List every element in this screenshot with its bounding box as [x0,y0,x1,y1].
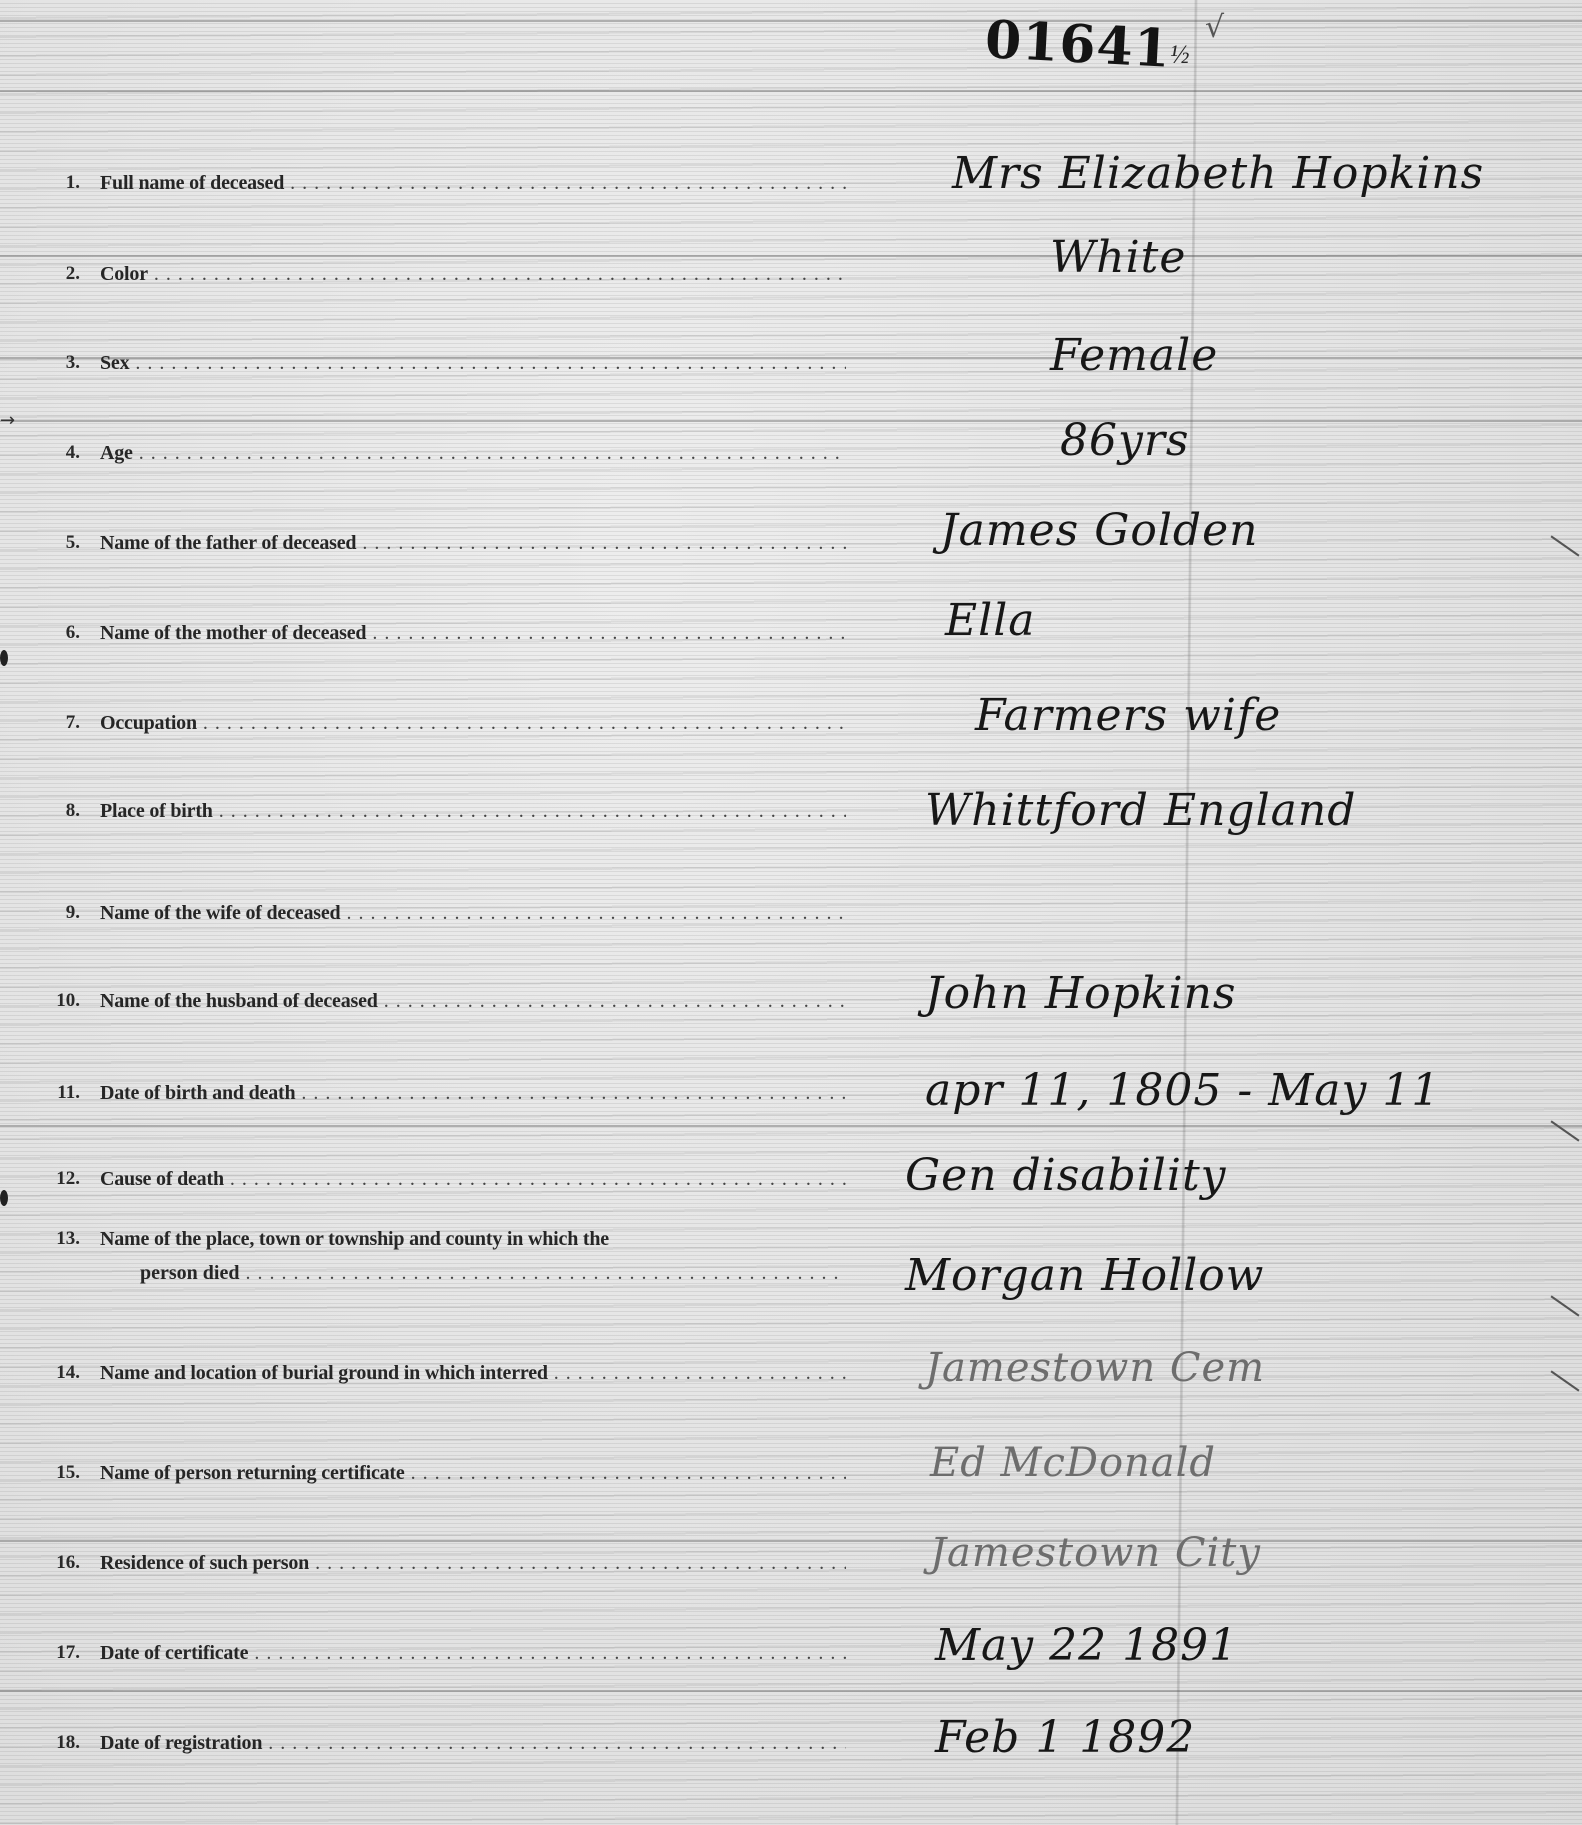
field-number: 10. [40,990,80,1012]
field-label: Age [100,442,846,465]
field-label: Date of registration [100,1732,846,1755]
field-value-birth-death-dates: apr 11, 1805 - May 11 [925,1065,1440,1116]
field-label: Residence of such person [100,1552,846,1575]
field-color: 2. Color [0,263,1582,303]
field-label: Name of person returning certificate [100,1462,846,1485]
field-value-returner-residence: Jamestown City [930,1530,1261,1576]
field-value-father-name: James Golden [940,505,1258,556]
field-number: 1. [40,172,80,194]
serial-number-stamp: 01641 [984,9,1173,80]
field-number: 7. [40,712,80,734]
field-number: 11. [40,1082,80,1104]
field-label: Place of birth [100,800,846,823]
field-cause-of-death: 12. Cause of death [0,1168,1582,1208]
field-number: 6. [40,622,80,644]
field-number: 3. [40,352,80,374]
field-registration-date: 18. Date of registration [0,1732,1582,1772]
field-father-name: 5. Name of the father of deceased [0,532,1582,572]
field-label: Occupation [100,712,846,735]
field-value-sex: Female [1050,330,1218,381]
field-label: Date of certificate [100,1642,846,1665]
field-number: 13. [40,1228,80,1250]
field-returner-residence: 16. Residence of such person [0,1552,1582,1592]
field-number: 12. [40,1168,80,1190]
field-label: Full name of deceased [100,172,846,195]
field-label: Name and location of burial ground in wh… [100,1362,846,1385]
ruled-line [0,1125,1582,1127]
field-value-place-of-death: Morgan Hollow [905,1250,1264,1301]
ruled-line [0,255,1582,257]
field-value-color: White [1050,232,1186,283]
field-wife-name: 9. Name of the wife of deceased [0,902,1582,942]
field-number: 8. [40,800,80,822]
field-value-occupation: Farmers wife [975,690,1281,741]
field-number: 5. [40,532,80,554]
field-number: 2. [40,263,80,285]
field-number: 4. [40,442,80,464]
field-label: Date of birth and death [100,1082,846,1105]
field-value-certificate-date: May 22 1891 [935,1620,1238,1671]
field-label: Name of the father of deceased [100,532,846,555]
ruled-line [0,1540,1582,1542]
ruled-line [0,20,1582,22]
field-occupation: 7. Occupation [0,712,1582,752]
ruled-line [0,1690,1582,1692]
field-label: Name of the husband of deceased [100,990,846,1013]
field-value-age: 86yrs [1060,415,1189,466]
field-place-of-death-continued: person died [0,1262,1582,1302]
margin-arrow-icon: → [0,410,15,431]
field-label: Color [100,263,846,286]
field-value-registration-date: Feb 1 1892 [935,1712,1195,1763]
field-number: 9. [40,902,80,924]
field-label: Name of the mother of deceased [100,622,846,645]
serial-suffix: ½ [1170,40,1190,70]
field-burial-ground: 14. Name and location of burial ground i… [0,1362,1582,1402]
field-value-husband-name: John Hopkins [925,968,1236,1019]
field-number: 17. [40,1642,80,1664]
field-label: Name of the place, town or township and … [100,1228,846,1251]
field-value-cause-of-death: Gen disability [905,1150,1226,1201]
ruled-line [0,420,1582,422]
field-value-mother-name: Ella [945,595,1036,646]
field-number: 14. [40,1362,80,1384]
field-mother-name: 6. Name of the mother of deceased [0,622,1582,662]
field-husband-name: 10. Name of the husband of deceased [0,990,1582,1030]
field-value-certificate-returner: Ed McDonald [930,1440,1216,1486]
field-label-continued: person died [140,1262,846,1285]
field-certificate-date: 17. Date of certificate [0,1642,1582,1682]
field-value-burial-ground: Jamestown Cem [925,1345,1265,1391]
field-label: Name of the wife of deceased [100,902,846,925]
field-value-full-name: Mrs Elizabeth Hopkins [952,148,1484,199]
field-certificate-returner: 15. Name of person returning certificate [0,1462,1582,1502]
field-number: 16. [40,1552,80,1574]
field-number: 15. [40,1462,80,1484]
field-label: Cause of death [100,1168,846,1191]
ruled-line [0,90,1582,92]
check-mark-icon: √ [1205,10,1224,45]
field-value-place-of-birth: Whittford England [925,785,1356,836]
field-label: Sex [100,352,846,375]
field-sex: 3. Sex [0,352,1582,392]
margin-tick-icon [1551,1120,1580,1141]
death-record-page: 01641 ½ √ → 1. Full name of deceased Mrs… [0,0,1582,1825]
field-age: 4. Age [0,442,1582,482]
field-number: 18. [40,1732,80,1754]
